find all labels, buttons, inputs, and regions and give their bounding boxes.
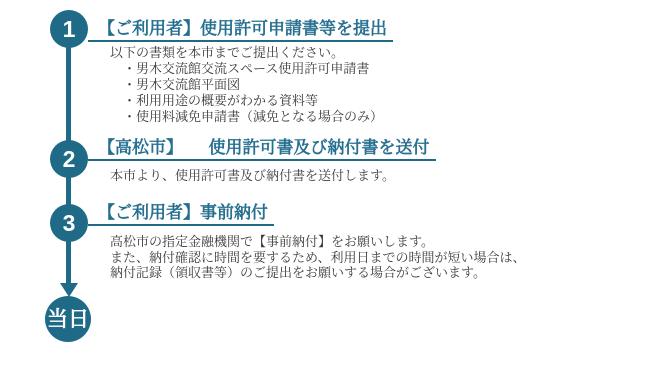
bullet-item: ・使用料減免申請書（減免となる場合のみ） <box>123 109 383 125</box>
step-3-body: 高松市の指定金融機関で【事前納付】をお願いします。 また、納付確認に時間を要する… <box>110 234 525 281</box>
bullet-item: ・男木交流館交流スペース使用許可申請書 <box>123 61 383 77</box>
step-3-body-line: 高松市の指定金融機関で【事前納付】をお願いします。 <box>110 234 525 250</box>
step-2-title: 【高松市】 使用許可書及び納付書を送付 <box>88 138 436 161</box>
final-day-label: 当日 <box>47 309 89 330</box>
step-3-body-line: 納付記録（領収書等）のご提出をお願いする場合がございます。 <box>110 265 525 281</box>
step-1-title: 【ご利用者】使用許可申請書等を提出 <box>88 19 393 42</box>
step-1-body: 以下の書類を本市までご提出ください。 <box>110 45 344 61</box>
step-3-body-line: また、納付確認に時間を要するため、利用日までの時間が短い場合は、 <box>110 250 525 266</box>
step-1-bullet-list: ・男木交流館交流スペース使用許可申請書 ・男木交流館平面図 ・利用用途の概要がわ… <box>123 61 383 125</box>
bullet-item: ・利用用途の概要がわかる資料等 <box>123 93 383 109</box>
step-2-body: 本市より、使用許可書及び納付書を送付します。 <box>110 168 395 184</box>
down-arrow-icon <box>60 283 78 297</box>
step-3-title: 【ご利用者】事前納付 <box>88 203 274 226</box>
step-1-number: 1 <box>63 18 76 41</box>
step-3-circle: 3 <box>50 204 88 242</box>
bullet-item: ・男木交流館平面図 <box>123 77 383 93</box>
step-2-number: 2 <box>63 148 76 171</box>
step-1-circle: 1 <box>50 10 88 48</box>
step-2-circle: 2 <box>50 140 88 178</box>
final-day-circle: 当日 <box>45 296 91 342</box>
step-3-number: 3 <box>63 212 76 235</box>
process-flow-diagram: 1 2 3 当日 【ご利用者】使用許可申請書等を提出 以下の書類を本市までご提出… <box>0 0 650 366</box>
